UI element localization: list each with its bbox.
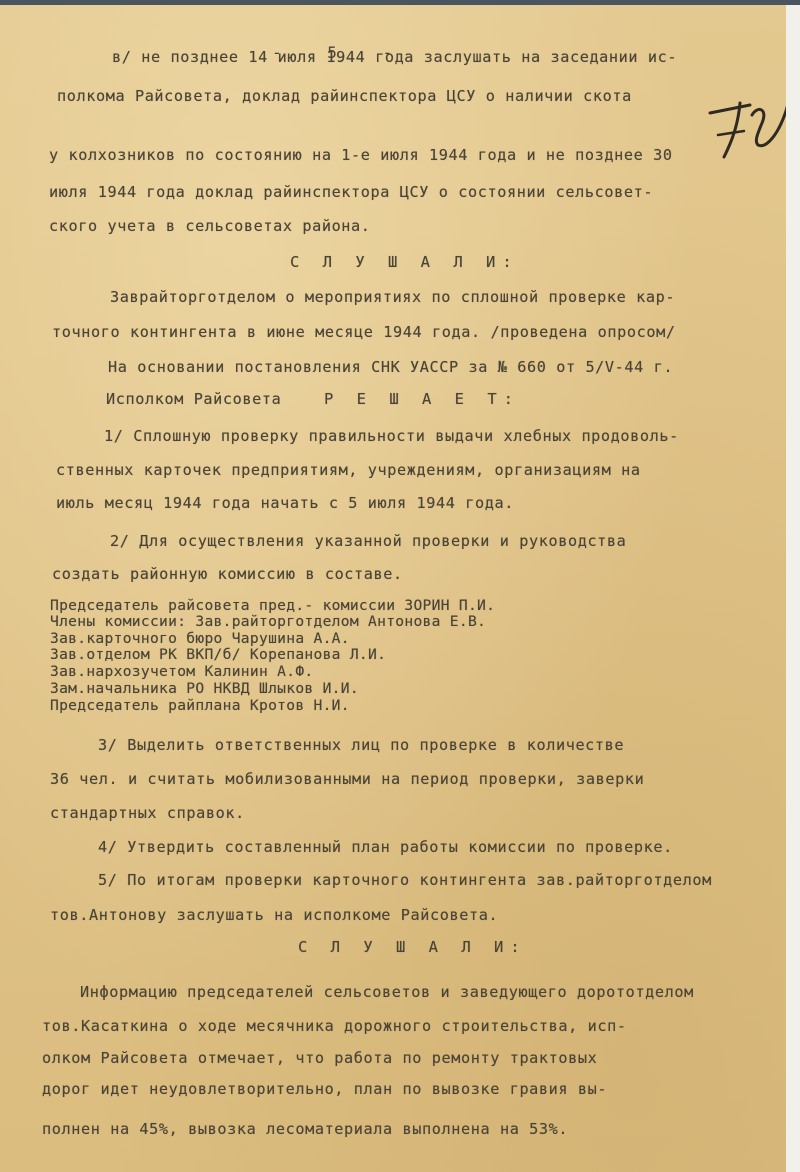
report-3-line-2: тов.Касаткина о ходе месячника дорожного… — [42, 1017, 627, 1035]
item-1-line-2: ственных карточек предприятиям, учрежден… — [56, 461, 641, 479]
report-2-line-3: На основании постановления СНК УАССР за … — [108, 358, 673, 376]
commission-member: Зав.отделом РК ВКП/б/ Корепанова Л.И. — [50, 647, 386, 663]
report-3-line-1: Информацию председателей сельсоветов и з… — [80, 983, 694, 1001]
item-3-line-3: стандартных справок. — [50, 804, 245, 822]
scanned-document: - 5 - в/ не позднее 14 июля 1944 года за… — [0, 0, 800, 1172]
report-2-line-1: Завpайтоpготделом о мероприятиях по спло… — [110, 288, 675, 306]
decision-word: Р Е Ш А Е Т: — [324, 390, 520, 408]
item-4: 4/ Утвердить составленный план работы ко… — [98, 838, 673, 856]
report-2-line-2: точного контингента в июне месяце 1944 г… — [52, 323, 676, 341]
section-heading-heard-1: С Л У Ш А Л И: — [290, 253, 519, 271]
decision-lead: Исполком Райсовета — [106, 390, 281, 408]
paper-sheet: - 5 - в/ не позднее 14 июля 1944 года за… — [0, 5, 786, 1172]
section-heading-heard-2: С Л У Ш А Л И: — [298, 938, 527, 956]
commission-member: Члены комиссии: Зав.райторготделом Антон… — [50, 614, 486, 630]
report-3-line-4: дорог идет неудовлетворительно, план по … — [42, 1080, 607, 1098]
paragraph-v-line-4: июля 1944 года доклад райинспектора ЦСУ … — [49, 183, 653, 201]
paragraph-v-line-3: у колхозников по состоянию на 1-е июля 1… — [49, 146, 673, 164]
report-3-line-3: олком Райсовета отмечает, что работа по … — [42, 1049, 597, 1067]
item-2-line-1: 2/ Для осуществления указанной проверки … — [110, 532, 626, 550]
paragraph-v-line-1: в/ не позднее 14 июля 1944 года заслушат… — [112, 48, 677, 66]
item-3-line-2: 36 чел. и считать мобилизованными на пер… — [50, 770, 644, 788]
item-3-line-1: 3/ Выделить ответственных лиц по проверк… — [98, 736, 624, 754]
item-5-line-2: тов.Антонову заслушать на исполкоме Райс… — [50, 906, 498, 924]
commission-member: Зам.начальника РО НКВД Шлыков И.И. — [50, 681, 359, 697]
commission-member: Зав.нархозучетом Калинин А.Ф. — [50, 664, 314, 680]
handwritten-archive-number-icon — [700, 75, 800, 165]
paragraph-v-line-2: полкома Райсовета, доклад райинспектора … — [57, 87, 632, 105]
report-3-line-5: полнен на 45%, вывозка лесоматериала вып… — [42, 1120, 568, 1138]
scanner-edge-right — [786, 5, 800, 1172]
commission-member: Председатель райплана Кротов Н.И. — [50, 698, 350, 714]
item-1-line-3: июль месяц 1944 года начать с 5 июля 194… — [56, 494, 514, 512]
paragraph-v-line-5: ского учета в сельсоветах района. — [49, 217, 371, 235]
commission-member: Зав.карточного бюро Чарушина А.А. — [50, 631, 350, 647]
item-2-line-2: создать районную комиссию в составе. — [52, 565, 403, 583]
item-1-line-1: 1/ Сплошную проверку правильности выдачи… — [104, 427, 679, 445]
commission-member: Председатель райсовета пред.- комиссии З… — [50, 598, 495, 614]
item-5-line-1: 5/ По итогам проверки карточного континг… — [98, 871, 712, 889]
